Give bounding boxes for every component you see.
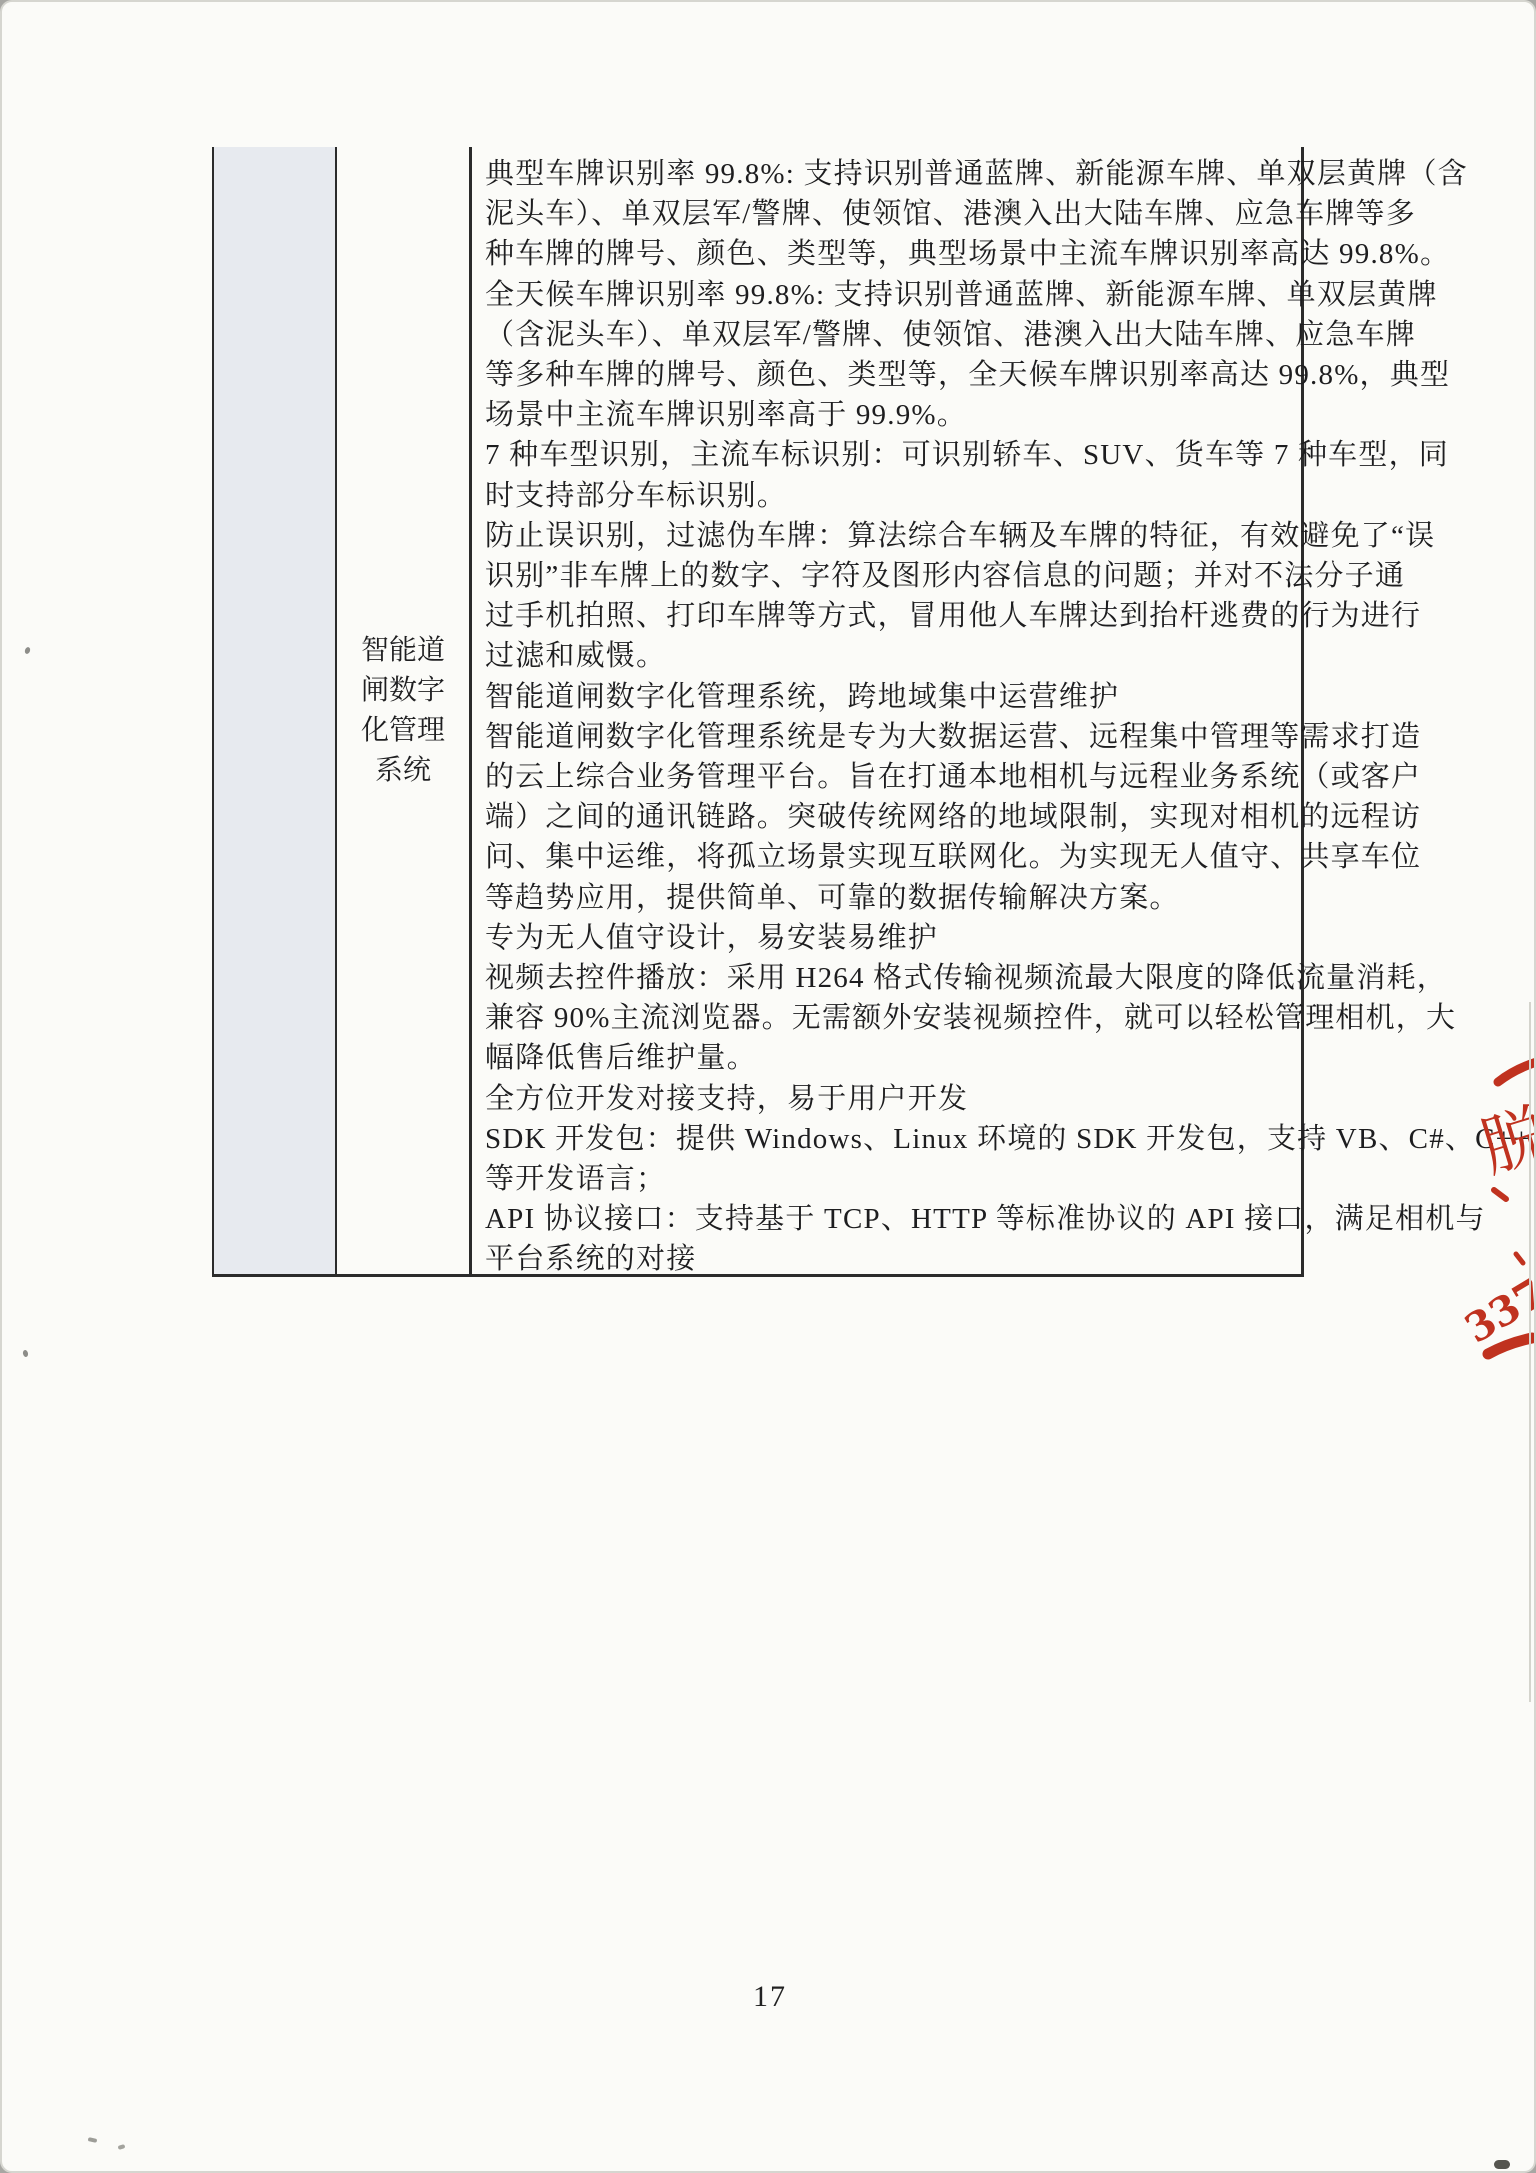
text-line: 泥头车）、单双层军/警牌、使领馆、港澳入出大陆车牌、应急车牌等多 — [485, 194, 1289, 234]
page-number: 17 — [2, 1980, 1536, 2014]
text-line: 闸数字 — [361, 671, 445, 711]
text-line: 智能道闸数字化管理系统是专为大数据运营、远程集中管理等需求打造 — [485, 717, 1289, 757]
scan-speck — [118, 2144, 126, 2150]
scan-speck — [22, 1349, 29, 1357]
text-line: 的云上综合业务管理平台。旨在打通本地相机与远程业务系统（或客户 — [485, 757, 1289, 797]
stamp-comma-icon — [1516, 1254, 1523, 1263]
stamp-character-icon: 脱 — [1473, 1097, 1536, 1186]
text-line: 视频去控件播放：采用 H264 格式传输视频流最大限度的降低流量消耗， — [485, 958, 1289, 998]
text-line: 幅降低售后维护量。 — [485, 1038, 1289, 1078]
stamp-tick-icon — [1494, 1190, 1506, 1199]
text-line: 智能道闸数字化管理系统，跨地域集中运营维护 — [485, 677, 1289, 717]
scan-speck — [1494, 2160, 1510, 2169]
red-stamp-fragment: 脱 337 — [1468, 1042, 1536, 1372]
text-line: 种车牌的牌号、颜色、类型等，典型场景中主流车牌识别率高达 99.8%。 — [485, 234, 1289, 274]
text-line: 端）之间的通讯链路。突破传统网络的地域限制，实现对相机的远程访 — [485, 797, 1289, 837]
text-line: 全天候车牌识别率 99.8%: 支持识别普通蓝牌、新能源车牌、单双层黄牌 — [485, 275, 1289, 315]
text-line: 时支持部分车标识别。 — [485, 476, 1289, 516]
text-line: 问、集中运维，将孤立场景实现互联网化。为实现无人值守、共享车位 — [485, 837, 1289, 877]
text-line: SDK 开发包：提供 Windows、Linux 环境的 SDK 开发包，支持 … — [485, 1119, 1289, 1159]
text-line: 等趋势应用，提供简单、可靠的数据传输解决方案。 — [485, 878, 1289, 918]
text-line: 专为无人值守设计，易安装易维护 — [485, 918, 1289, 958]
text-line: 化管理 — [361, 711, 445, 751]
text-line: 系统 — [375, 751, 431, 791]
scan-speck — [24, 646, 31, 654]
text-line: 等开发语言； — [485, 1159, 1289, 1199]
text-line: 智能道 — [361, 631, 445, 671]
text-line: 等多种车牌的牌号、颜色、类型等，全天候车牌识别率高达 99.8%，典型 — [485, 355, 1289, 395]
text-line: 7 种车型识别，主流车标识别：可识别轿车、SUV、货车等 7 种车型，同 — [485, 435, 1289, 475]
category-column-cell — [212, 147, 337, 1274]
text-line: 兼容 90%主流浏览器。无需额外安装视频控件，就可以轻松管理相机，大 — [485, 998, 1289, 1038]
text-line: API 协议接口：支持基于 TCP、HTTP 等标准协议的 API 接口，满足相… — [485, 1199, 1289, 1239]
scan-speck — [88, 2137, 98, 2143]
text-line: 防止误识别，过滤伪车牌：算法综合车辆及车牌的特征，有效避免了“误 — [485, 516, 1289, 556]
spec-table: 智能道闸数字化管理系统 典型车牌识别率 99.8%: 支持识别普通蓝牌、新能源车… — [212, 147, 1304, 1277]
text-line: 场景中主流车牌识别率高于 99.9%。 — [485, 395, 1289, 435]
text-line: 典型车牌识别率 99.8%: 支持识别普通蓝牌、新能源车牌、单双层黄牌（含 — [485, 154, 1289, 194]
text-line: 识别”非车牌上的数字、字符及图形内容信息的问题；并对不法分子通 — [485, 556, 1289, 596]
document-page: 智能道闸数字化管理系统 典型车牌识别率 99.8%: 支持识别普通蓝牌、新能源车… — [0, 0, 1536, 2173]
text-line: 过滤和威慑。 — [485, 636, 1289, 676]
scan-edge-line — [1529, 1002, 1531, 1702]
text-line: （含泥头车）、单双层军/警牌、使领馆、港澳入出大陆车牌、应急车牌 — [485, 315, 1289, 355]
text-line: 过手机拍照、打印车牌等方式，冒用他人车牌达到抬杆逃费的行为进行 — [485, 596, 1289, 636]
spec-text-cell: 典型车牌识别率 99.8%: 支持识别普通蓝牌、新能源车牌、单双层黄牌（含泥头车… — [472, 147, 1304, 1274]
text-line: 平台系统的对接 — [485, 1239, 1289, 1279]
system-name-cell: 智能道闸数字化管理系统 — [337, 147, 472, 1274]
text-line: 全方位开发对接支持，易于用户开发 — [485, 1079, 1289, 1119]
